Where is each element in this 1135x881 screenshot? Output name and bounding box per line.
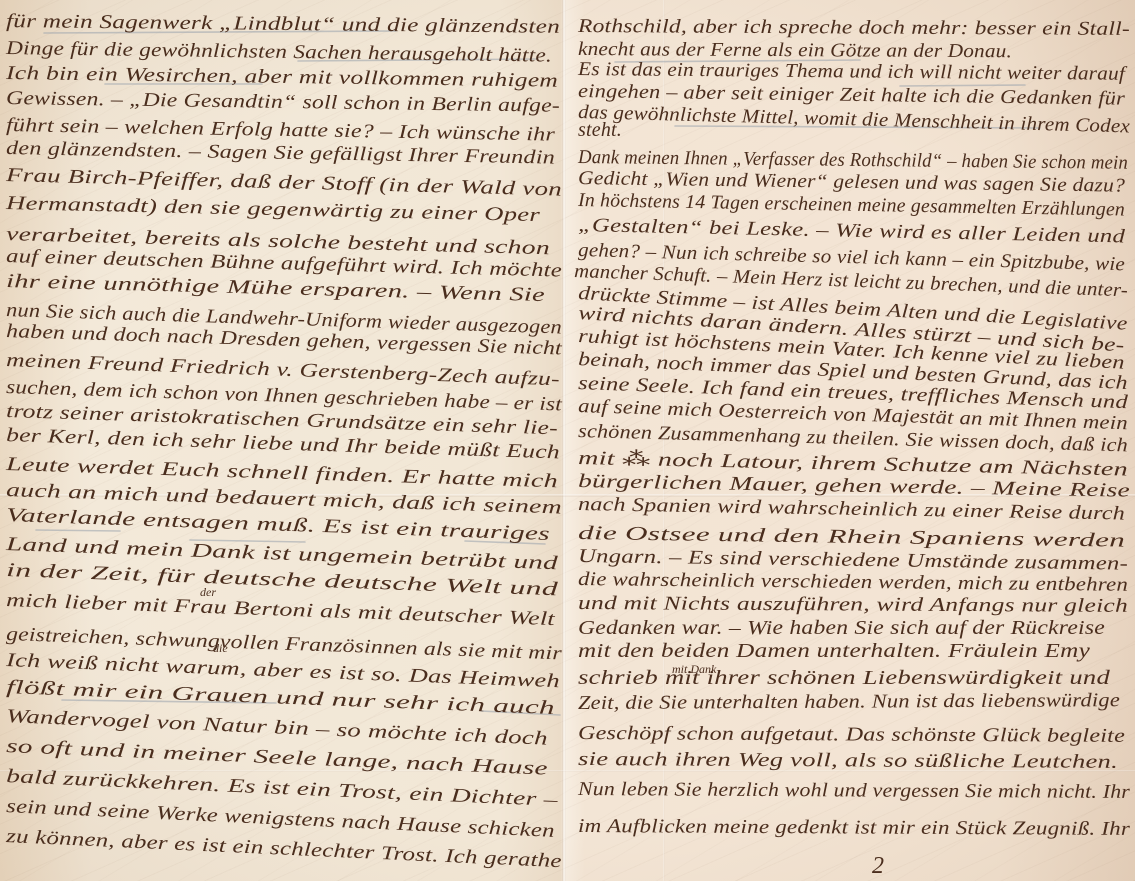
pencil-underline	[36, 530, 120, 531]
handwritten-line: die wahrscheinlich verschieden werden, m…	[578, 569, 1128, 596]
letter-sheet: für mein Sagenwerk „Lindblut“ und die gl…	[0, 0, 1135, 881]
right-page: Rothschild, aber ich spreche doch mehr: …	[574, 16, 1131, 879]
handwritten-line: Gewissen. – „Die Gesandtin“ soll schon i…	[6, 88, 560, 117]
page-number: 2	[872, 853, 884, 879]
handwriting-layer: für mein Sagenwerk „Lindblut“ und die gl…	[0, 0, 1135, 881]
handwritten-line: Nun leben Sie herzlich wohl und vergesse…	[577, 779, 1130, 803]
handwritten-line: sie auch ihren Weg voll, als so süßliche…	[578, 749, 1118, 773]
handwritten-line: Dinge für die gewöhnlichsten Sachen hera…	[5, 38, 552, 67]
handwritten-line: Geschöpf schon aufgetaut. Das schönste G…	[578, 723, 1125, 747]
handwritten-line: Zeit, die Sie unterhalten haben. Nun ist…	[578, 690, 1120, 714]
handwritten-line: und mit Nichts auszuführen, wird Anfangs…	[578, 593, 1128, 617]
handwritten-line: Rothschild, aber ich spreche doch mehr: …	[577, 16, 1130, 40]
interlinear-insertion: die	[213, 641, 228, 655]
handwritten-line: Hermanstadt) den sie gegenwärtig zu eine…	[5, 193, 541, 226]
interlinear-insertion: mit Dank	[672, 662, 717, 676]
handwritten-line: Es ist das ein trauriges Thema und ich w…	[577, 59, 1128, 85]
handwritten-line: für mein Sagenwerk „Lindblut“ und die gl…	[6, 11, 560, 38]
handwritten-line: Gedanken war. – Wie haben Sie sich auf d…	[578, 618, 1105, 639]
handwritten-line: Ich bin ein Wesirchen, aber mit vollkomm…	[5, 63, 559, 92]
handwritten-line: schrieb mit ihrer schönen Liebenswürdigk…	[578, 668, 1110, 689]
interlinear-insertion: der	[200, 585, 216, 599]
left-page: für mein Sagenwerk „Lindblut“ und die gl…	[4, 11, 562, 872]
handwritten-line: im Aufblicken meine gedenkt ist mir ein …	[578, 816, 1130, 840]
handwritten-line: mit den beiden Damen unterhalten. Fräule…	[578, 641, 1090, 662]
handwritten-line: steht.	[578, 120, 622, 141]
